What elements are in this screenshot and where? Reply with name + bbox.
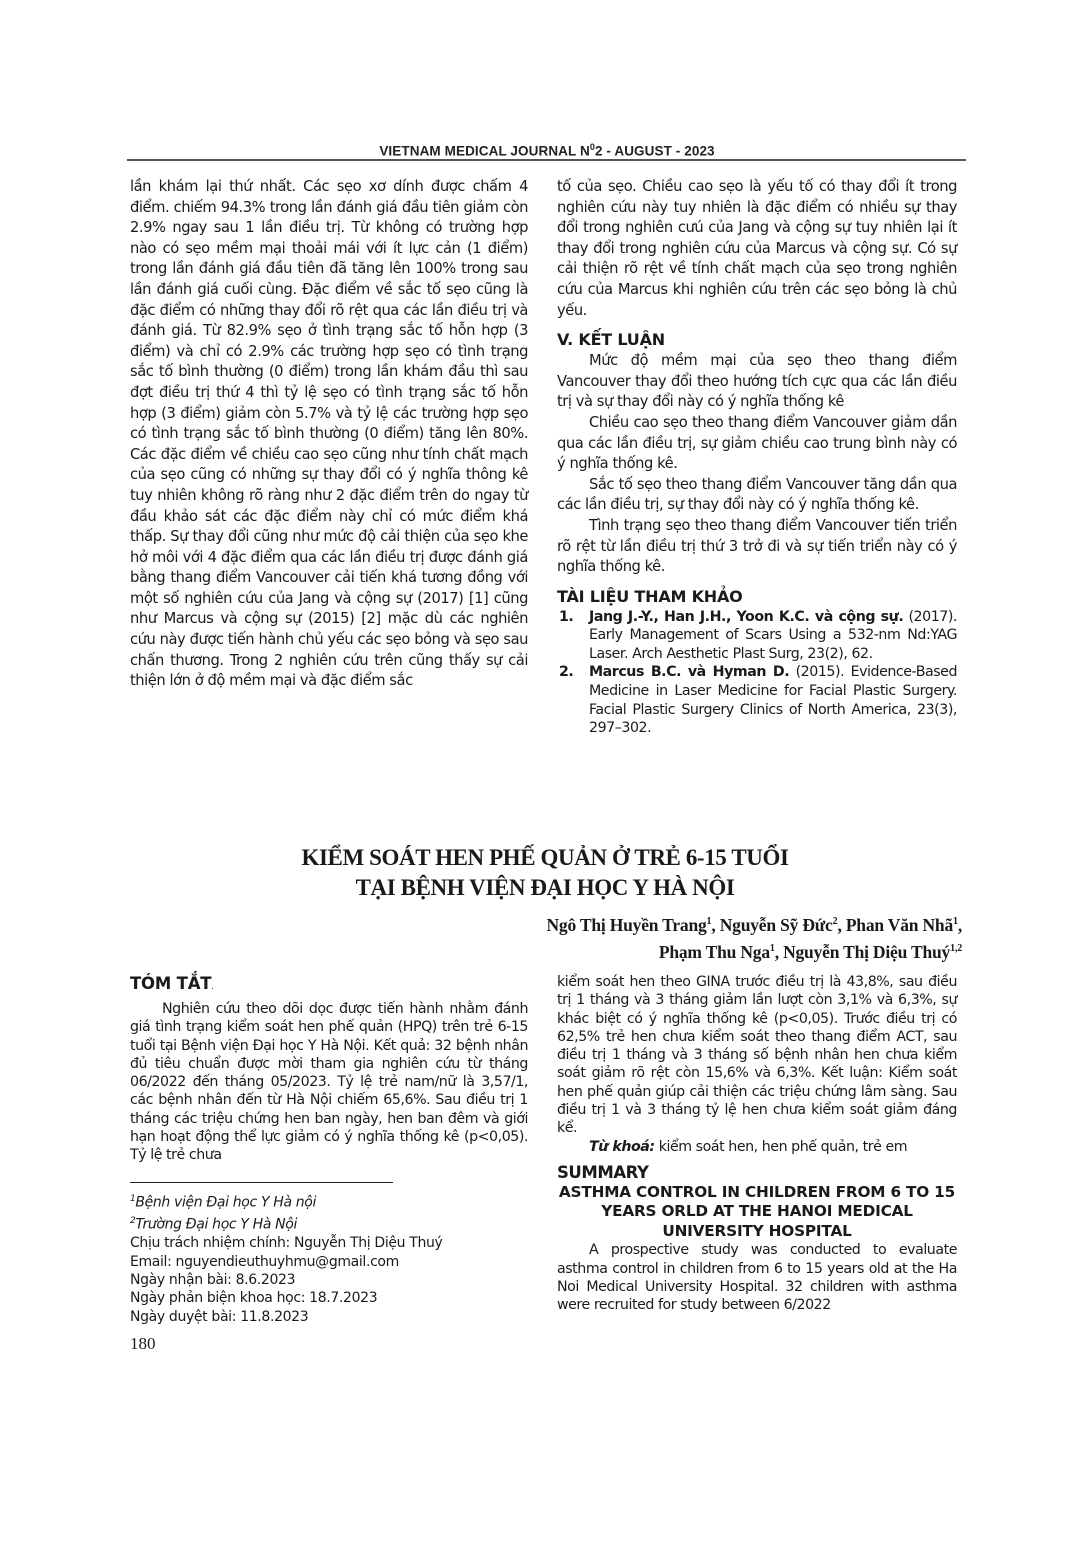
author-separator: , <box>837 915 845 935</box>
reference-authors: Jang J.-Y., Han J.H., Yoon K.C. và cộng … <box>589 609 903 625</box>
author-separator: , <box>711 915 719 935</box>
conclusion-paragraph: Mức độ mềm mại của sẹo theo thang điểm V… <box>557 351 957 413</box>
reference-list: 1.Jang J.-Y., Han J.H., Yoon K.C. và cộn… <box>557 608 957 738</box>
journal-name: VIETNAM MEDICAL JOURNAL N <box>379 144 590 159</box>
issue-date: 2 - AUGUST - 2023 <box>595 144 715 159</box>
author-name: Nguyễn Thị Diệu Thuý <box>783 942 950 962</box>
summary-text: A prospective study was conducted to eva… <box>557 1241 957 1314</box>
reference-number: 2. <box>559 663 573 682</box>
author-name: Phạm Thu Nga <box>659 942 770 962</box>
previous-article-left-column: lần khám lại thứ nhất. Các sẹo xơ dính đ… <box>130 177 528 692</box>
author-line-1: Ngô Thị Huyền Trang1, Nguyễn Sỹ Đức2, Ph… <box>342 910 962 937</box>
article-title-line-1: KIỂM SOÁT HEN PHẾ QUẢN Ở TRẺ 6-15 TUỔI <box>200 843 890 873</box>
abstract-left-column: TÓM TẮT. Nghiên cứu theo dõi dọc được ti… <box>130 973 528 1165</box>
date-received: Ngày nhận bài: 8.6.2023 <box>130 1271 530 1289</box>
running-header: VIETNAM MEDICAL JOURNAL N02 - AUGUST - 2… <box>128 142 966 159</box>
reference-item: 1.Jang J.-Y., Han J.H., Yoon K.C. và cộn… <box>557 608 957 664</box>
author-list: Ngô Thị Huyền Trang1, Nguyễn Sỹ Đức2, Ph… <box>342 910 962 964</box>
corresponding-author: Chịu trách nhiệm chính: Nguyễn Thị Diệu … <box>130 1234 530 1252</box>
author-separator: , <box>775 942 783 962</box>
author-name: Nguyễn Sỹ Đức <box>720 915 833 935</box>
summary-title: ASTHMA CONTROL IN CHILDREN FROM 6 TO 15 … <box>557 1183 957 1242</box>
discussion-paragraph: lần khám lại thứ nhất. Các sẹo xơ dính đ… <box>130 177 528 692</box>
abstract-heading: TÓM TẮT. <box>130 973 528 998</box>
affiliation-2: 2Trường Đại học Y Hà Nội <box>130 1212 530 1234</box>
author-affiliation: 1,2 <box>950 943 962 954</box>
footnote-divider <box>130 1182 393 1183</box>
author-line-2: Phạm Thu Nga1, Nguyễn Thị Diệu Thuý1,2 <box>342 937 962 964</box>
reference-number: 1. <box>559 608 573 627</box>
abstract-heading-dot: . <box>211 982 213 991</box>
conclusion-heading: V. KẾT LUẬN <box>557 329 957 351</box>
conclusion-paragraph: Chiều cao sẹo theo thang điểm Vancouver … <box>557 413 957 475</box>
keywords-label: Từ khoá: <box>589 1139 655 1155</box>
abstract-right-column: kiểm soát hen theo GINA trước điều trị l… <box>557 973 957 1315</box>
references-heading: TÀI LIỆU THAM KHẢO <box>557 586 957 608</box>
abstract-text: Nghiên cứu theo dõi dọc được tiến hành n… <box>130 1000 528 1165</box>
date-reviewed: Ngày phản biện khoa học: 18.7.2023 <box>130 1289 530 1307</box>
header-divider <box>127 159 966 161</box>
article-title-line-2: TẠI BỆNH VIỆN ĐẠI HỌC Y HÀ NỘI <box>200 873 890 903</box>
previous-article-right-column: tố của sẹo. Chiều cao sẹo là yếu tố có t… <box>557 177 957 738</box>
article-title: KIỂM SOÁT HEN PHẾ QUẢN Ở TRẺ 6-15 TUỔI T… <box>200 843 890 903</box>
conclusion-paragraph: Sắc tố sẹo theo thang điểm Vancouver tăn… <box>557 475 957 516</box>
keywords-list: kiểm soát hen, hen phế quản, trẻ em <box>655 1139 907 1155</box>
contact-email: Email: nguyendieuthuyhmu@gmail.com <box>130 1253 530 1271</box>
author-separator: , <box>958 915 962 935</box>
affiliation-text: Trường Đại học Y Hà Nội <box>135 1217 297 1233</box>
conclusion-paragraph: Tình trạng sẹo theo thang điểm Vancouver… <box>557 516 957 578</box>
affiliation-text: Bệnh viện Đại học Y Hà nội <box>135 1195 316 1211</box>
keywords: Từ khoá: kiểm soát hen, hen phế quản, tr… <box>557 1138 957 1156</box>
reference-item: 2.Marcus B.C. và Hyman D. (2015). Eviden… <box>557 663 957 737</box>
footnotes: 1Bệnh viện Đại học Y Hà nội 2Trường Đại … <box>130 1190 530 1326</box>
page-number: 180 <box>130 1334 156 1354</box>
author-name: Ngô Thị Huyền Trang <box>546 915 706 935</box>
date-accepted: Ngày duyệt bài: 11.8.2023 <box>130 1308 530 1326</box>
reference-authors: Marcus B.C. và Hyman D. <box>589 664 789 680</box>
abstract-heading-text: TÓM TẮT <box>130 974 211 993</box>
abstract-text-continued: kiểm soát hen theo GINA trước điều trị l… <box>557 973 957 1138</box>
affiliation-1: 1Bệnh viện Đại học Y Hà nội <box>130 1190 530 1212</box>
summary-heading: SUMMARY <box>557 1162 957 1183</box>
author-name: Phan Văn Nhã <box>846 915 953 935</box>
discussion-paragraph-continued: tố của sẹo. Chiều cao sẹo là yếu tố có t… <box>557 177 957 321</box>
